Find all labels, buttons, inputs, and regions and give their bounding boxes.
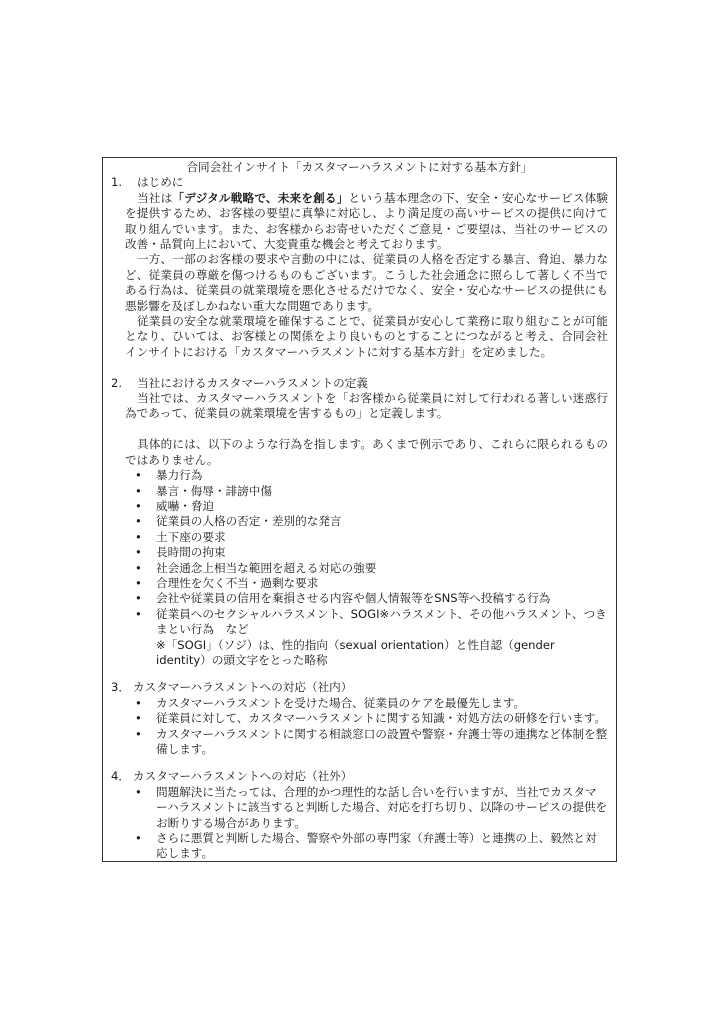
internal-measures-list: カスタマーハラスメントを受けた場合、従業員のケアを最優先します。 従業員に対して… — [111, 696, 608, 758]
list-item: 暴力行為 — [135, 468, 608, 483]
section-number: 3． — [111, 680, 133, 695]
harassment-examples-list: 暴力行為 暴言・侮辱・誹謗中傷 威嚇・脅迫 従業員の人格の否定・差別的な発言 土… — [111, 468, 608, 637]
list-item: 長時間の拘束 — [135, 545, 608, 560]
list-item: さらに悪質と判断した場合、警察や外部の専門家（弁護士等）と連携の上、毅然と対応し… — [135, 831, 608, 862]
list-item: 従業員に対して、カスタマーハラスメントに関する知識・対処方法の研修を行います。 — [135, 711, 608, 726]
section-number: 4． — [111, 769, 133, 784]
list-item: 社会通念上相当な範囲を超える対応の強要 — [135, 561, 608, 576]
section-heading: 3． カスタマーハラスメントへの対応（社内） — [111, 680, 608, 695]
list-item: 問題解決に当たっては、合理的かつ理性的な話し合いを行いますが、当社でカスタマーハ… — [135, 785, 608, 831]
paragraph-text: 当社は — [137, 191, 172, 205]
spacer — [111, 668, 608, 680]
policy-document-box: 合同会社インサイト「カスタマーハラスメントに対する基本方針」 1. はじめに 当… — [102, 157, 617, 862]
section-heading: 2. 当社におけるカスタマーハラスメントの定義 — [111, 376, 608, 391]
paragraph: 一方、一部のお客様の要求や言動の中には、従業員の人格を否定する暴言、脅迫、暴力な… — [111, 252, 608, 314]
spacer — [111, 757, 608, 769]
list-item: 威嚇・脅迫 — [135, 499, 608, 514]
section-title: カスタマーハラスメントへの対応（社内） — [133, 680, 352, 695]
paragraph: 具体的には、以下のような行為を指します。あくまで例示であり、これらに限られるもの… — [111, 437, 608, 468]
section-heading: 1. はじめに — [111, 175, 608, 190]
company-philosophy: 「デジタル戦略で、未来を創る」 — [172, 191, 348, 205]
section-title: 当社におけるカスタマーハラスメントの定義 — [137, 376, 368, 391]
section-internal-response: 3． カスタマーハラスメントへの対応（社内） カスタマーハラスメントを受けた場合… — [111, 680, 608, 757]
list-item: カスタマーハラスメントを受けた場合、従業員のケアを最優先します。 — [135, 696, 608, 711]
list-item: 従業員へのセクシャルハラスメント、SOGI※ハラスメント、その他ハラスメント、つ… — [135, 607, 608, 638]
section-introduction: 1. はじめに 当社は「デジタル戦略で、未来を創る」という基本理念の下、安全・安… — [111, 175, 608, 360]
sogi-footnote: ※「SOGI」（ソジ）は、性的指向（sexual orientation）と性自… — [135, 638, 608, 669]
paragraph: 当社は「デジタル戦略で、未来を創る」という基本理念の下、安全・安心なサービス体験… — [111, 191, 608, 253]
section-title: カスタマーハラスメントへの対応（社外） — [133, 769, 352, 784]
section-title: はじめに — [137, 175, 183, 190]
section-external-response: 4． カスタマーハラスメントへの対応（社外） 問題解決に当たっては、合理的かつ理… — [111, 769, 608, 861]
list-item: 土下座の要求 — [135, 530, 608, 545]
section-number: 2. — [111, 376, 137, 391]
list-item: 従業員の人格の否定・差別的な発言 — [135, 514, 608, 529]
list-item: カスタマーハラスメントに関する相談窓口の設置や警察・弁護士等の連携など体制を整備… — [135, 727, 608, 758]
external-measures-list: 問題解決に当たっては、合理的かつ理性的な話し合いを行いますが、当社でカスタマーハ… — [111, 785, 608, 862]
paragraph: 当社では、カスタマーハラスメントを「お客様から従業員に対して行われる著しい迷惑行… — [111, 391, 608, 422]
note-container: ※「SOGI」（ソジ）は、性的指向（sexual orientation）と性自… — [111, 638, 608, 669]
spacer — [111, 422, 608, 437]
spacer — [111, 360, 608, 375]
section-definition: 2. 当社におけるカスタマーハラスメントの定義 当社では、カスタマーハラスメント… — [111, 376, 608, 669]
section-number: 1. — [111, 175, 137, 190]
section-heading: 4． カスタマーハラスメントへの対応（社外） — [111, 769, 608, 784]
paragraph: 従業員の安全な就業環境を確保することで、従業員が安心して業務に取り組むことが可能… — [111, 314, 608, 360]
document-title: 合同会社インサイト「カスタマーハラスメントに対する基本方針」 — [111, 160, 608, 175]
list-item: 会社や従業員の信用を棄損させる内容や個人情報等をSNS等へ投稿する行為 — [135, 591, 608, 606]
list-item: 暴言・侮辱・誹謗中傷 — [135, 484, 608, 499]
list-item: 合理性を欠く不当・過剰な要求 — [135, 576, 608, 591]
